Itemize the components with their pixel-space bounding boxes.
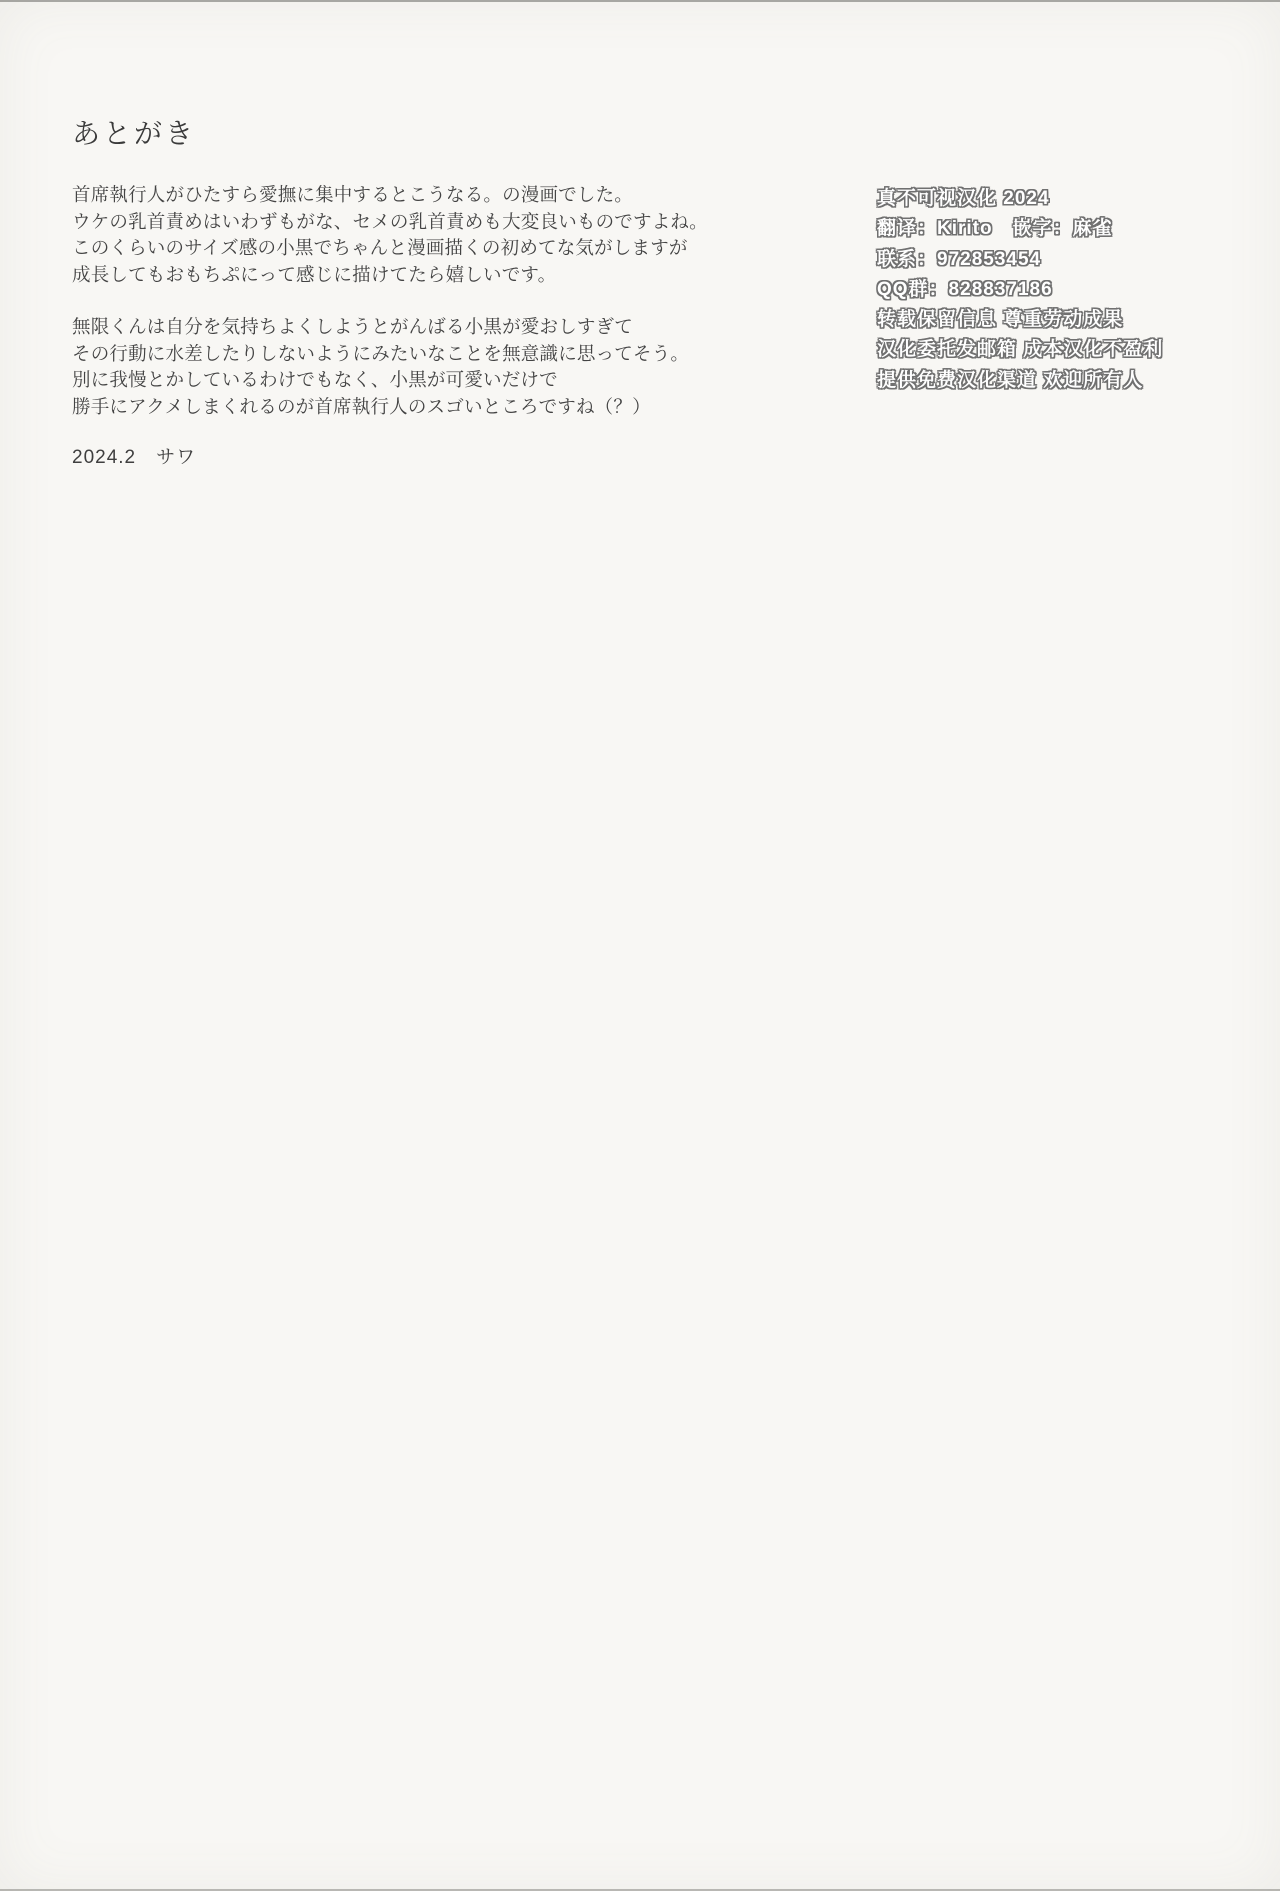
credit-notice-1: 转载保留信息 尊重劳动成果	[877, 305, 1163, 335]
text-line: 勝手にアクメしまくれるのが首席執行人のスゴいところですね（？）	[72, 394, 689, 421]
afterword-paragraph-1: 首席執行人がひたすら愛撫に集中するとこうなる。の漫画でした。 ウケの乳首責めはい…	[72, 182, 708, 288]
text-line: このくらいのサイズ感の小黒でちゃんと漫画描くの初めてな気がしますが	[72, 235, 708, 262]
credit-contact: 联系：972853454	[877, 245, 1163, 275]
text-line: 別に我慢とかしているわけでもなく、小黒が可愛いだけで	[72, 367, 689, 394]
credit-translator: 翻译：Kirito 嵌字：麻雀	[877, 214, 1163, 244]
afterword-paragraph-2: 無限くんは自分を気持ちよくしようとがんばる小黒が愛おしすぎて その行動に水差した…	[72, 314, 689, 420]
credit-qq-group: QQ群：828837186	[877, 275, 1163, 305]
text-line: 首席執行人がひたすら愛撫に集中するとこうなる。の漫画でした。	[72, 182, 708, 209]
text-line: 成長してもおもちぷにって感じに描けてたら嬉しいです。	[72, 262, 708, 289]
signature-date: 2024.2 サワ	[72, 442, 196, 469]
scan-edge-top	[0, 0, 1280, 2]
credit-group-name: 真不可视汉化 2024	[877, 184, 1163, 214]
text-line: 無限くんは自分を気持ちよくしようとがんばる小黒が愛おしすぎて	[72, 314, 689, 341]
text-line: その行動に水差したりしないようにみたいなことを無意識に思ってそう。	[72, 341, 689, 368]
credit-notice-3: 提供免费汉化渠道 欢迎所有人	[877, 366, 1163, 396]
afterword-page: あとがき 首席執行人がひたすら愛撫に集中するとこうなる。の漫画でした。 ウケの乳…	[0, 0, 1280, 1891]
credit-notice-2: 汉化委托发邮箱 成本汉化不盈利	[877, 335, 1163, 365]
translation-credits: 真不可视汉化 2024 翻译：Kirito 嵌字：麻雀 联系：972853454…	[877, 184, 1163, 396]
text-line: ウケの乳首責めはいわずもがな、セメの乳首責めも大変良いものですよね。	[72, 209, 708, 236]
page-title: あとがき	[72, 112, 196, 152]
